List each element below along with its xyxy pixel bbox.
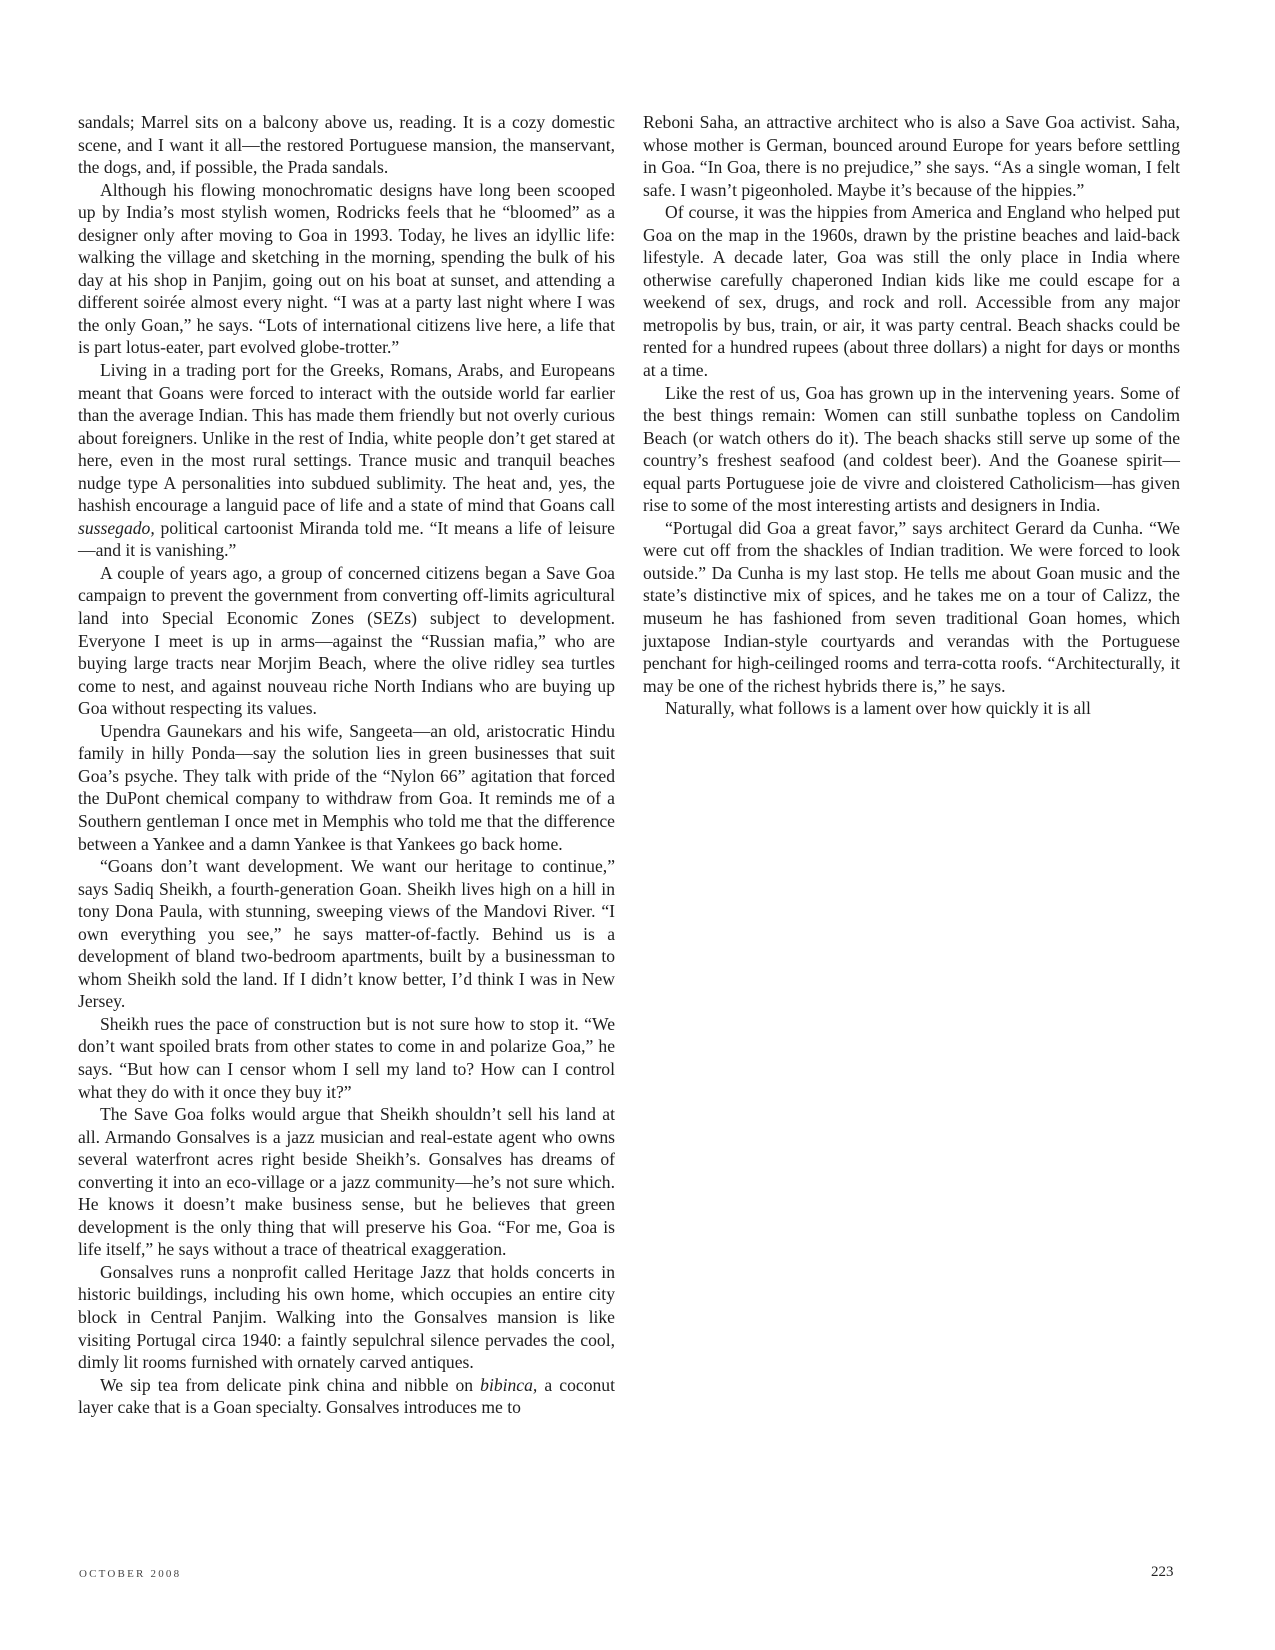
paragraph: Naturally, what follows is a lament over… (643, 697, 1180, 720)
paragraph: Of course, it was the hippies from Ameri… (643, 201, 1180, 381)
paragraph-text: Naturally, what follows is a lament over… (665, 698, 1091, 718)
paragraph-text: A couple of years ago, a group of concer… (78, 563, 615, 718)
paragraph: A couple of years ago, a group of concer… (78, 562, 615, 720)
paragraph: Although his flowing monochromatic desig… (78, 179, 615, 359)
paragraph-text: Living in a trading port for the Greeks,… (78, 360, 615, 515)
page-number: 223 (1151, 1564, 1174, 1581)
article-column-right: Reboni Saha, an attractive architect who… (643, 111, 1180, 720)
paragraph-text: Gonsalves runs a nonprofit called Herita… (78, 1262, 615, 1372)
paragraph-text: Of course, it was the hippies from Ameri… (643, 202, 1180, 380)
paragraph: Upendra Gaunekars and his wife, Sangeeta… (78, 720, 615, 855)
paragraph-text: Like the rest of us, Goa has grown up in… (643, 383, 1180, 516)
paragraph-text: The Save Goa folks would argue that Shei… (78, 1104, 615, 1259)
paragraph: “Goans don’t want development. We want o… (78, 855, 615, 1013)
issue-date: OCTOBER 2008 (79, 1568, 181, 1580)
paragraph-text: We sip tea from delicate pink china and … (100, 1375, 480, 1395)
article-column-left: sandals; Marrel sits on a balcony above … (78, 111, 615, 1419)
paragraph: The Save Goa folks would argue that Shei… (78, 1103, 615, 1261)
paragraph: Like the rest of us, Goa has grown up in… (643, 382, 1180, 517)
paragraph-text: “Goans don’t want development. We want o… (78, 856, 615, 1011)
italic-term: bibinca, (480, 1375, 537, 1395)
paragraph: Living in a trading port for the Greeks,… (78, 359, 615, 562)
paragraph: Reboni Saha, an attractive architect who… (643, 111, 1180, 201)
paragraph-text: Although his flowing monochromatic desig… (78, 180, 615, 358)
paragraph: “Portugal did Goa a great favor,” says a… (643, 517, 1180, 697)
paragraph-text: “Portugal did Goa a great favor,” says a… (643, 518, 1180, 696)
paragraph: Gonsalves runs a nonprofit called Herita… (78, 1261, 615, 1374)
paragraph-text: Upendra Gaunekars and his wife, Sangeeta… (78, 721, 615, 854)
paragraph-text: political cartoonist Miranda told me. “I… (78, 518, 615, 561)
paragraph: We sip tea from delicate pink china and … (78, 1374, 615, 1419)
italic-term: sussegado, (78, 518, 155, 538)
paragraph: Sheikh rues the pace of construction but… (78, 1013, 615, 1103)
paragraph-text: Sheikh rues the pace of construction but… (78, 1014, 615, 1102)
paragraph: sandals; Marrel sits on a balcony above … (78, 111, 615, 179)
magazine-page: sandals; Marrel sits on a balcony above … (0, 0, 1275, 1650)
paragraph-text: sandals; Marrel sits on a balcony above … (78, 112, 615, 177)
paragraph-text: Reboni Saha, an attractive architect who… (643, 112, 1180, 200)
